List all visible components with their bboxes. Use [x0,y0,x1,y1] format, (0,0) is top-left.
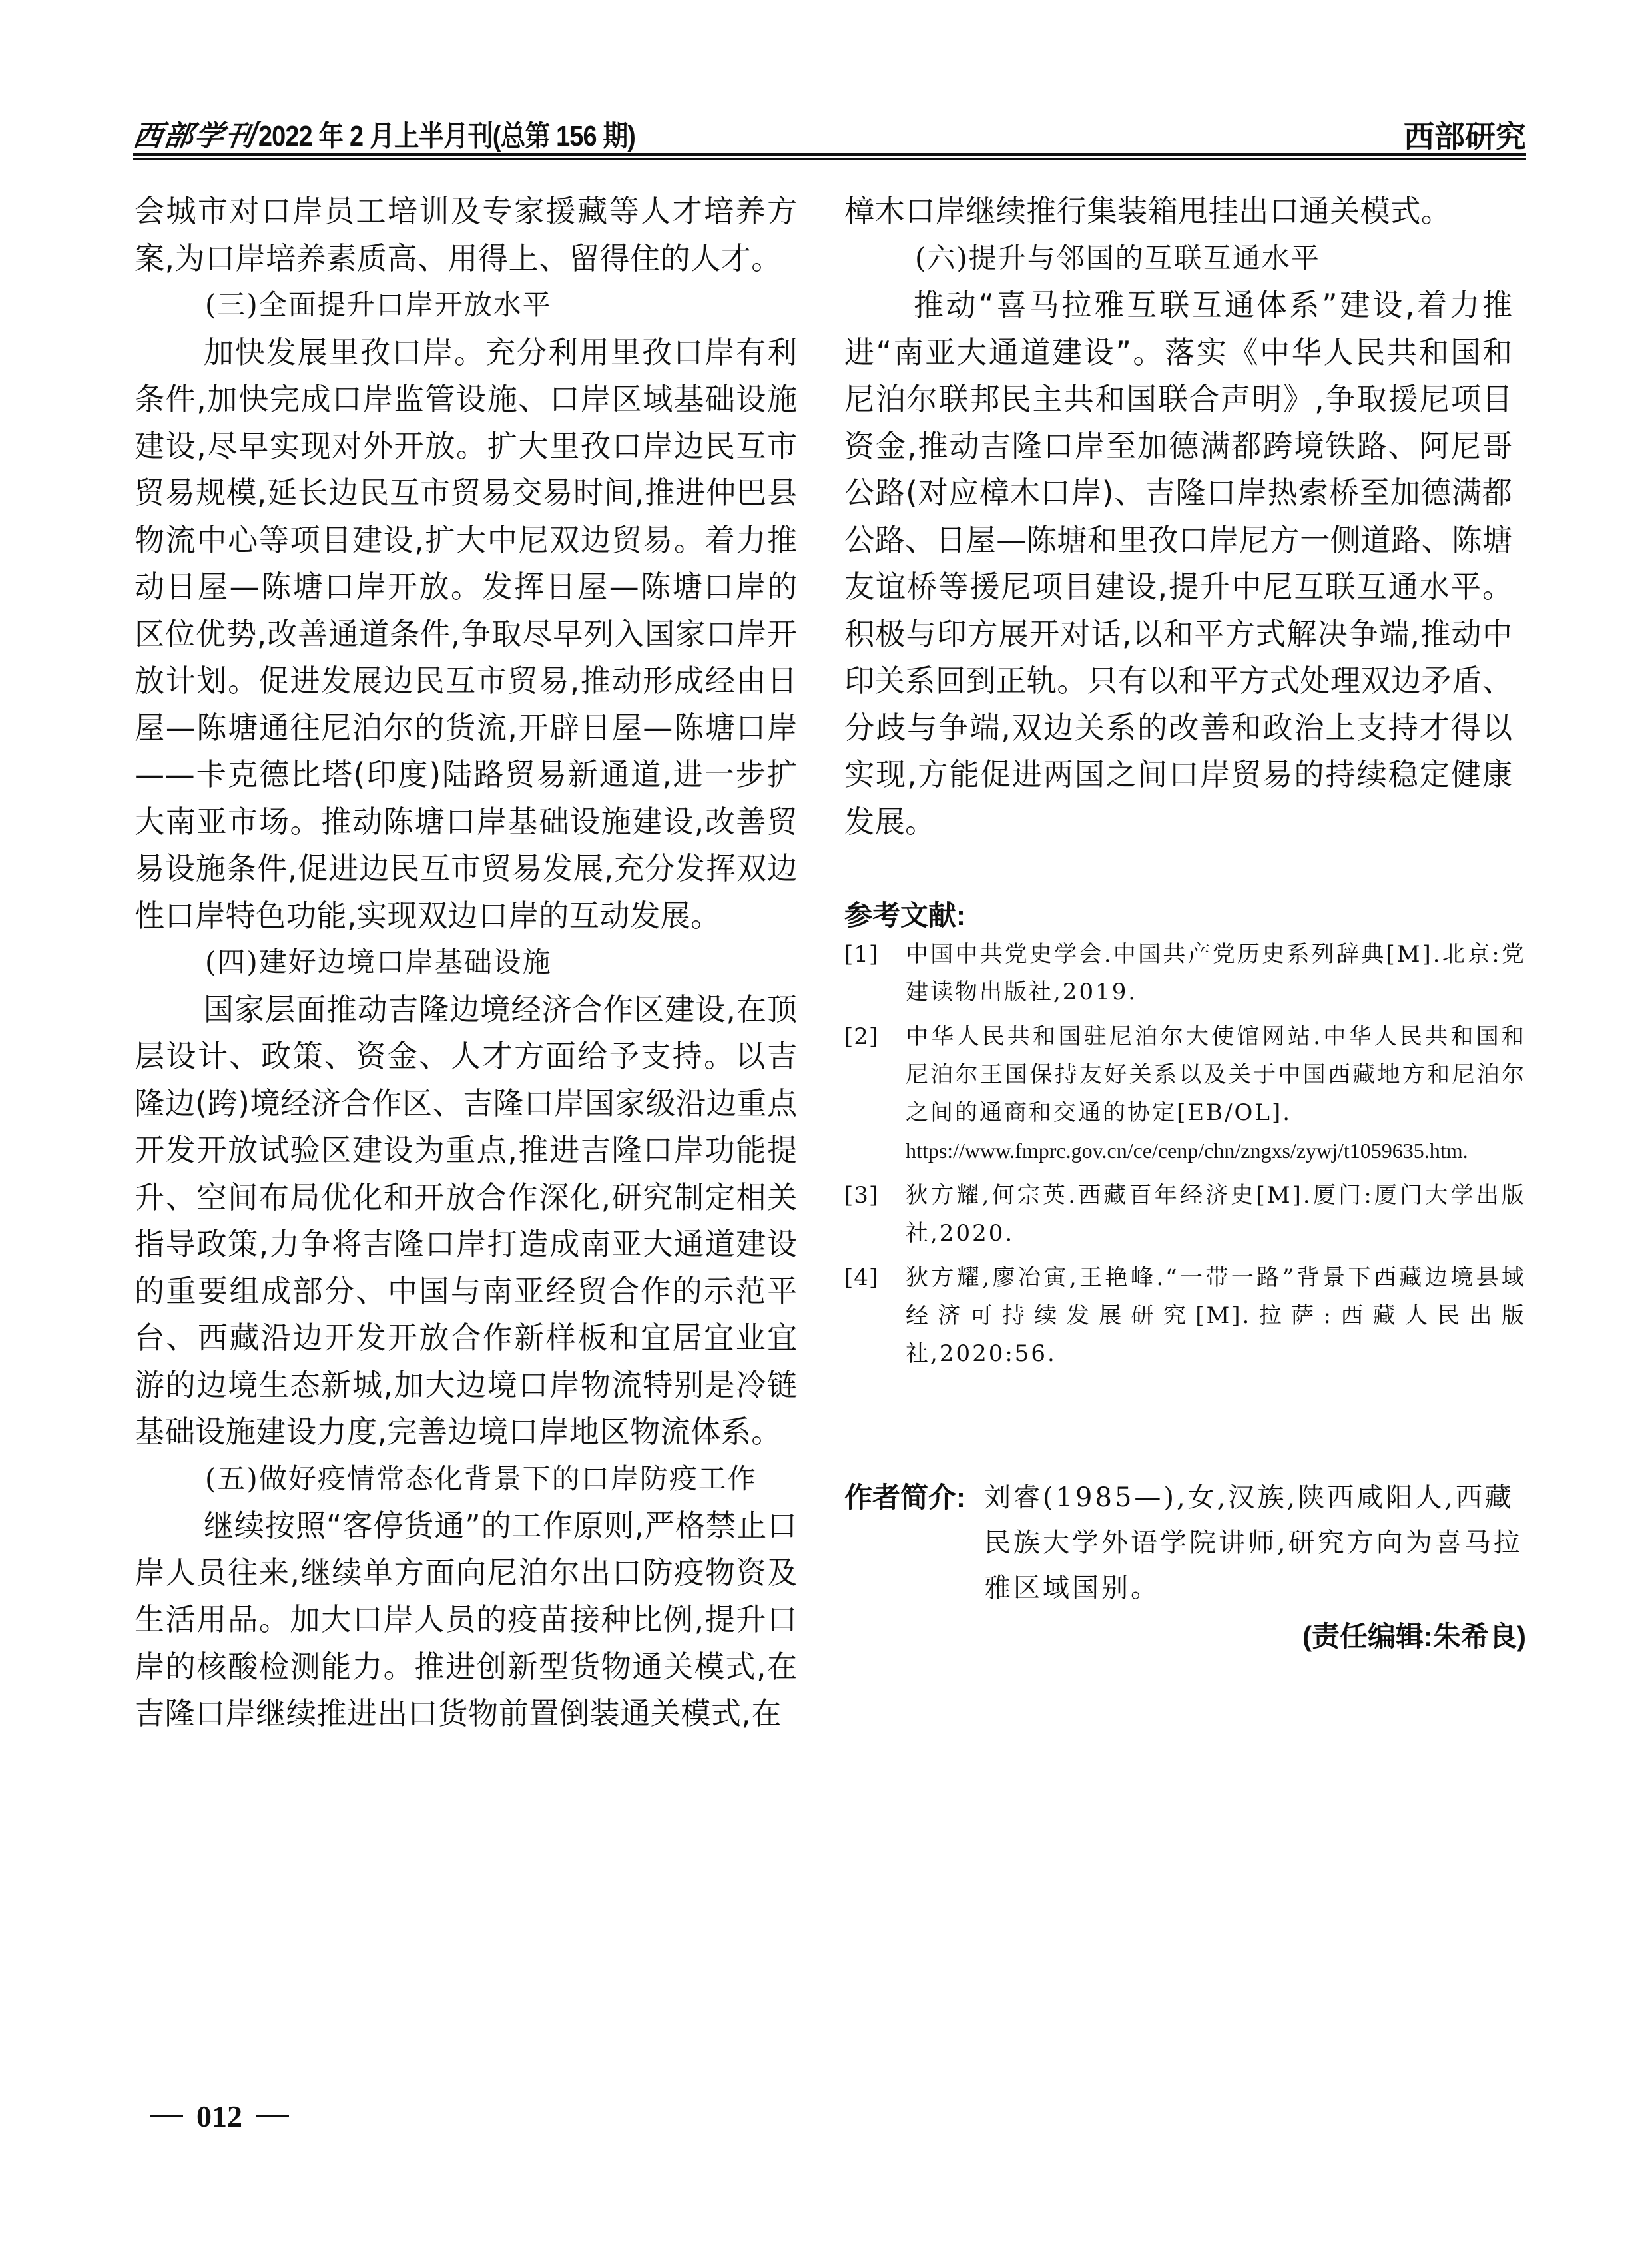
paragraph: 继续按照“客停货通”的工作原则,严格禁止口岸人员往来,继续单方面向尼泊尔出口防疫… [135,1502,798,1737]
paragraph: 加快发展里孜口岸。充分利用里孜口岸有利条件,加快完成口岸监管设施、口岸区域基础设… [135,329,798,940]
dash-left [150,2115,183,2117]
author-bio-text: 刘睿(1985—),女,汉族,陕西咸阳人,西藏民族大学外语学院讲师,研究方向为喜… [984,1475,1526,1611]
right-column: 樟木口岸继续推行集装箱甩挂出口通关模式。 (六)提升与邻国的互联互通水平 推动“… [844,188,1526,845]
page-header: 西部学刊 2022 年 2 月上半月刊(总第 156 期) 西部研究 [133,107,1526,160]
section-heading-5: (五)做好疫情常态化背景下的口岸防疫工作 [135,1456,811,1503]
reference-text: 狄方耀,廖冶寅,王艳峰.“一带一路”背景下西藏边境县域经济可持续发展研究[M].… [906,1259,1526,1373]
section-heading-4: (四)建好边境口岸基础设施 [135,939,811,986]
reference-text: 中华人民共和国驻尼泊尔大使馆网站.中华人民共和国和尼泊尔王国保持友好关系以及关于… [906,1023,1526,1126]
responsible-editor: (责任编辑:朱希良) [1302,1617,1526,1657]
page-number-text: 012 [196,2099,242,2134]
dash-right [256,2115,289,2117]
reference-item: [3] 狄方耀,何宗英.西藏百年经济史[M].厦门:厦门大学出版社,2020. [844,1177,1526,1253]
references-list: [1] 中国中共党史学会.中国共产党历史系列辞典[M].北京:党建读物出版社,2… [844,936,1526,1380]
reference-number: [1] [844,936,906,1011]
paragraph: 樟木口岸继续推行集装箱甩挂出口通关模式。 [844,188,1513,235]
section-heading-3: (三)全面提升口岸开放水平 [135,282,811,329]
reference-item: [1] 中国中共党史学会.中国共产党历史系列辞典[M].北京:党建读物出版社,2… [844,936,1526,1011]
section-title: 西部研究 [1404,107,1526,160]
left-column: 会城市对口岸员工培训及专家援藏等人才培养方案,为口岸培养素质高、用得上、留得住的… [135,188,811,1737]
author-bio-label: 作者简介: [844,1475,984,1611]
header-rule-thick [133,153,1526,156]
reference-number: [4] [844,1259,906,1373]
reference-url[interactable]: https://www.fmprc.gov.cn/ce/cenp/chn/zng… [906,1132,1526,1170]
references-title: 参考文献: [844,896,965,936]
paragraph: 国家层面推动吉隆边境经济合作区建设,在顶层设计、政策、资金、人才方面给予支持。以… [135,986,798,1456]
reference-text: 狄方耀,何宗英.西藏百年经济史[M].厦门:厦门大学出版社,2020. [906,1177,1526,1253]
reference-body: 中华人民共和国驻尼泊尔大使馆网站.中华人民共和国和尼泊尔王国保持友好关系以及关于… [906,1018,1526,1170]
reference-item: [2] 中华人民共和国驻尼泊尔大使馆网站.中华人民共和国和尼泊尔王国保持友好关系… [844,1018,1526,1170]
header-left: 西部学刊 2022 年 2 月上半月刊(总第 156 期) [133,107,696,160]
reference-number: [3] [844,1177,906,1253]
paragraph: 会城市对口岸员工培训及专家援藏等人才培养方案,为口岸培养素质高、用得上、留得住的… [135,188,798,282]
reference-text: 中国中共党史学会.中国共产党历史系列辞典[M].北京:党建读物出版社,2019. [906,936,1526,1011]
header-rule-thin [133,158,1526,160]
reference-item: [4] 狄方耀,廖冶寅,王艳峰.“一带一路”背景下西藏边境县域经济可持续发展研究… [844,1259,1526,1373]
author-bio: 作者简介: 刘睿(1985—),女,汉族,陕西咸阳人,西藏民族大学外语学院讲师,… [844,1475,1526,1611]
section-heading-6: (六)提升与邻国的互联互通水平 [844,235,1526,282]
reference-number: [2] [844,1018,906,1170]
paragraph: 推动“喜马拉雅互联互通体系”建设,着力推进“南亚大通道建设”。落实《中华人民共和… [844,282,1513,845]
page-number: 012 [150,2096,289,2136]
